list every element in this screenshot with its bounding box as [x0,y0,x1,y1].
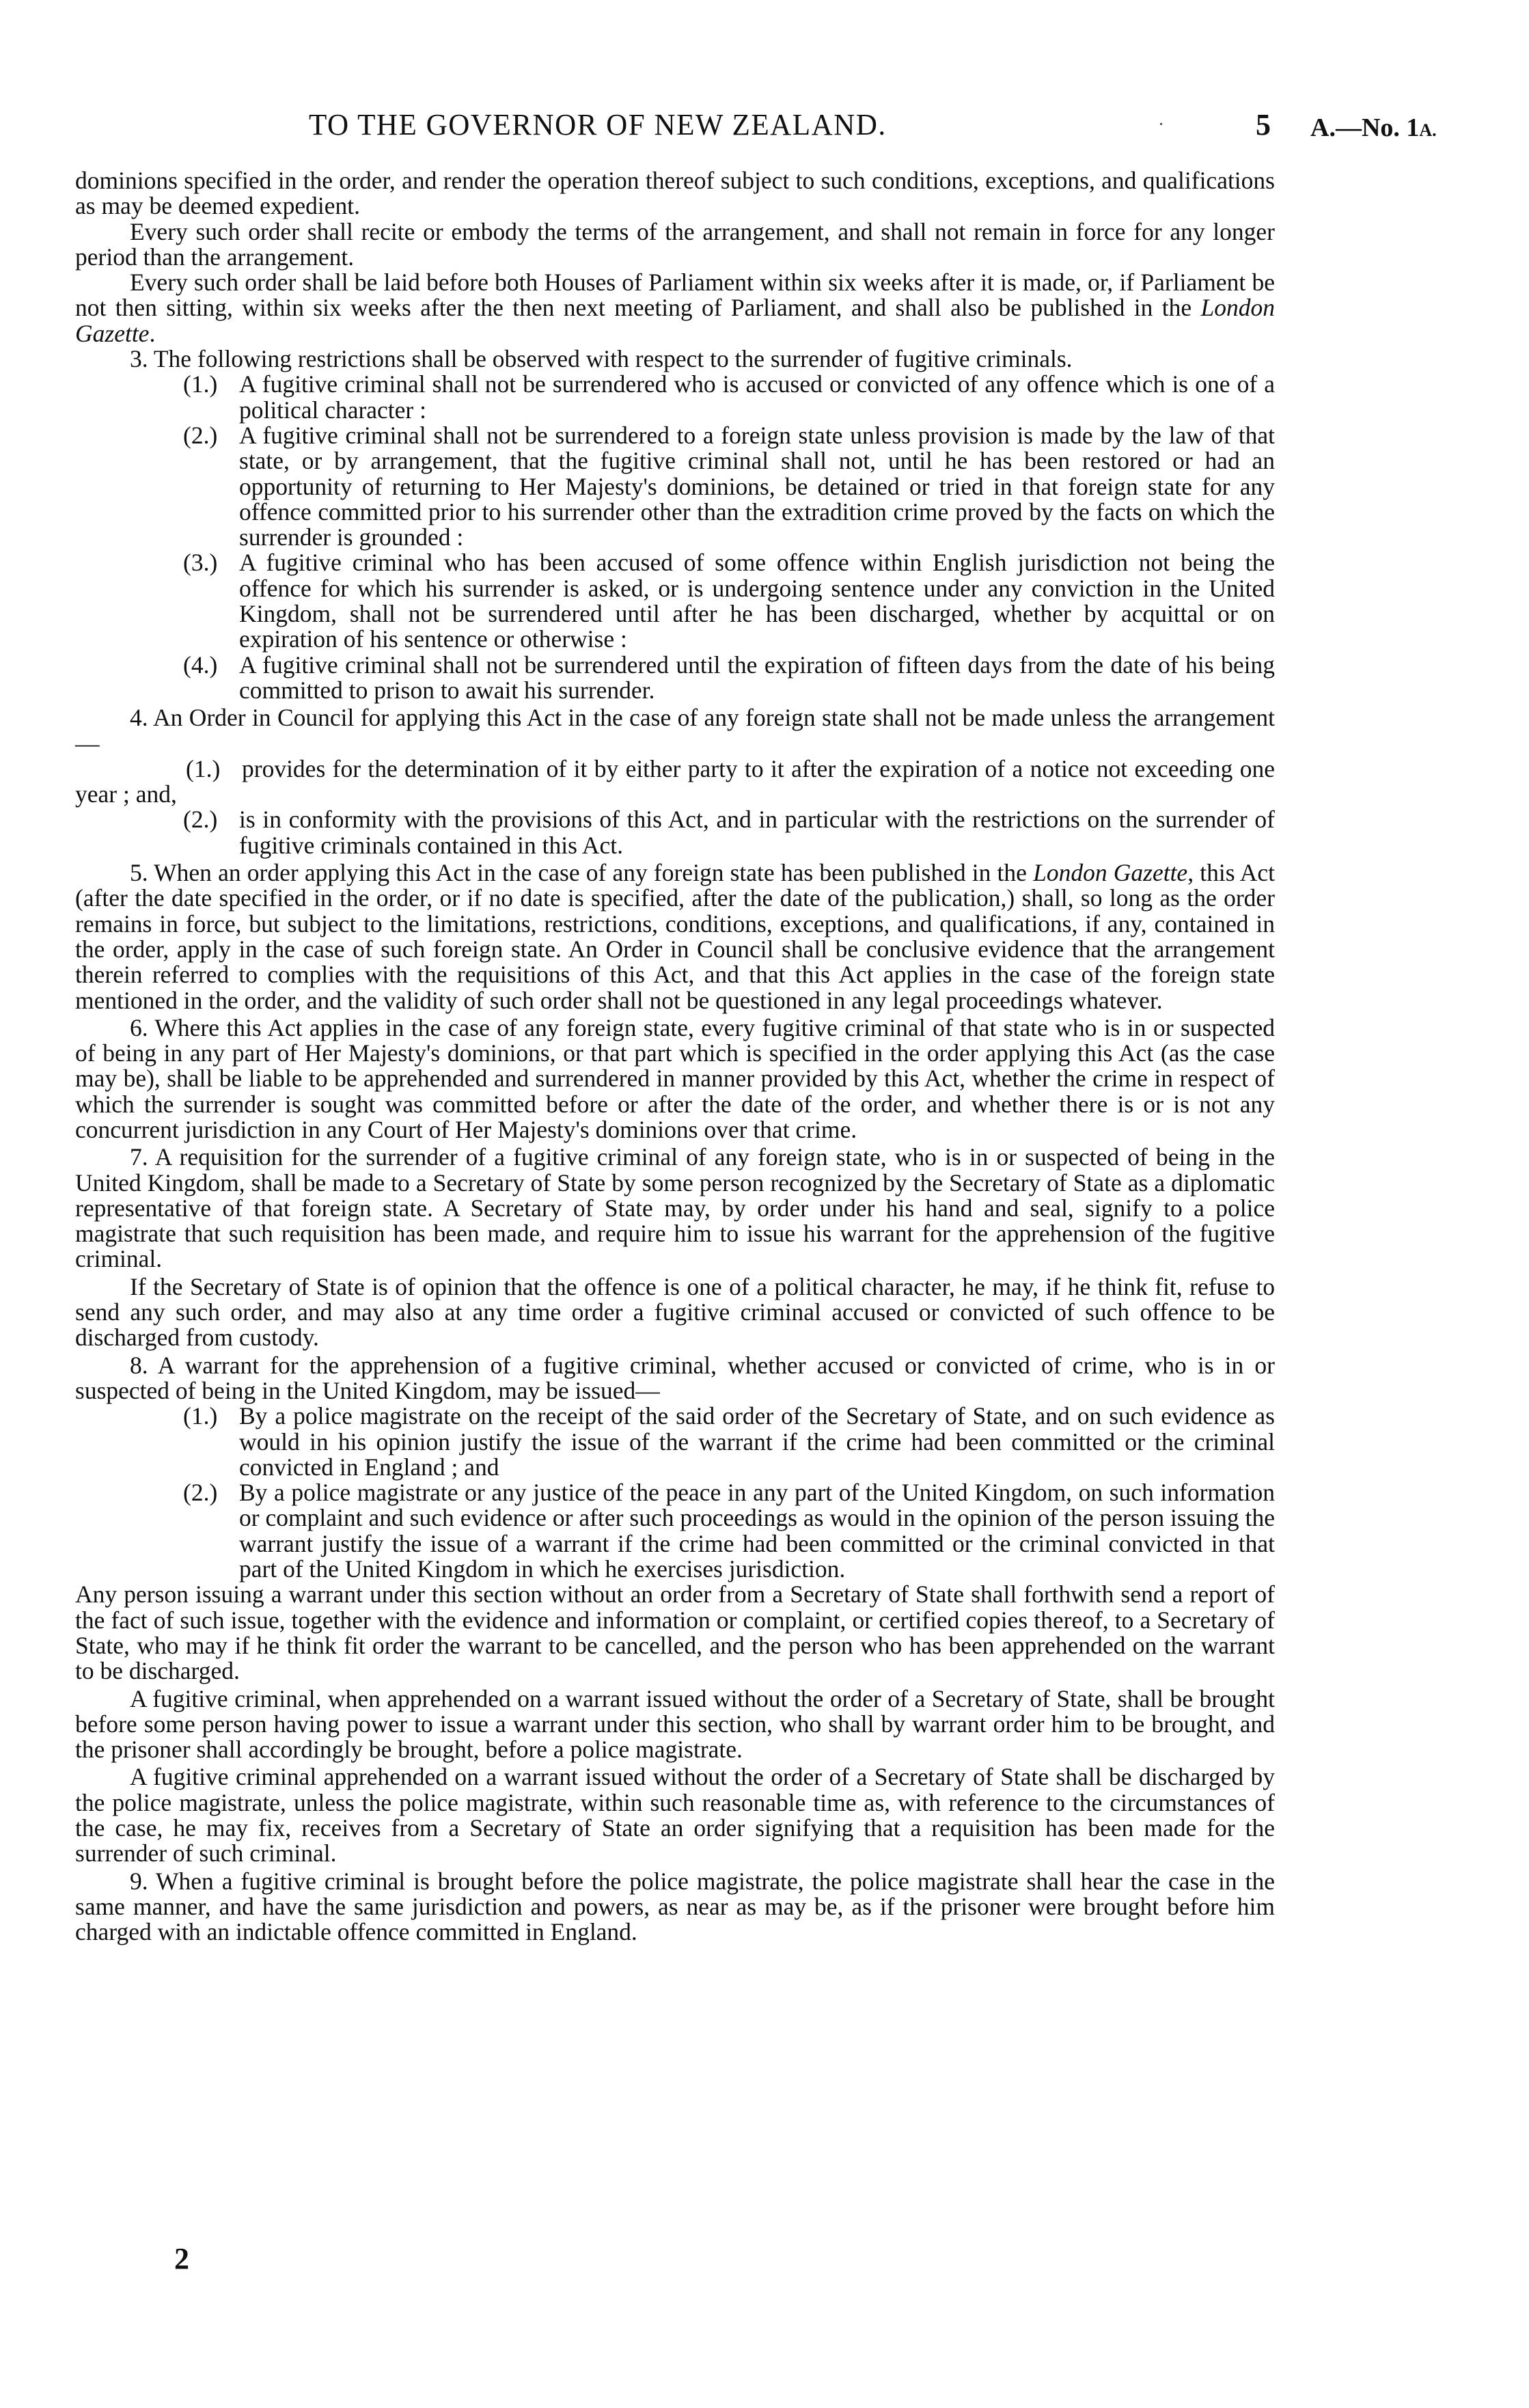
item-text: A fugitive criminal shall not be surrend… [239,422,1275,551]
section-number: 5. [130,859,148,886]
paragraph-laid-before-parliament: Every such order shall be laid before bo… [75,270,1275,346]
section-9: 9. When a fugitive criminal is brought b… [75,1869,1275,1945]
doc-ref-suffix: A. [1419,120,1436,140]
section-3: 3. The following restrictions shall be o… [75,346,1275,372]
page-header: TO THE GOVERNOR OF NEW ZEALAND. 5 A.—No.… [0,108,1529,142]
section-text: An Order in Council for applying this Ac… [75,704,1275,756]
section-4-item-2: (2.)is in conformity with the provisions… [75,807,1275,858]
section-8-any-person: Any person issuing a warrant under this … [75,1582,1275,1684]
item-label: (4.) [183,653,239,678]
section-number: 3. [130,345,148,372]
section-3-item-3: (3.)A fugitive criminal who has been acc… [75,550,1275,652]
print-speck [1160,123,1162,125]
paragraph-continued: dominions specified in the order, and re… [75,168,1275,219]
section-6: 6. Where this Act applies in the case of… [75,1015,1275,1143]
section-4-item-1: (1.)provides for the determination of it… [75,756,1275,808]
section-text: A warrant for the apprehension of a fugi… [75,1352,1275,1404]
section-number: 9. [130,1867,148,1895]
section-number: 8. [130,1352,148,1379]
text: Every such order shall be laid before bo… [75,269,1275,321]
item-text: A fugitive criminal who has been accused… [239,549,1275,653]
item-label: (2.) [183,1480,239,1505]
section-4: 4. An Order in Council for applying this… [75,705,1275,756]
section-text: Where this Act applies in the case of an… [75,1014,1275,1143]
section-3-item-4: (4.)A fugitive criminal shall not be sur… [75,653,1275,704]
text: . [149,320,155,347]
item-text: is in conformity with the provisions of … [239,806,1275,858]
item-text: A fugitive criminal shall not be surrend… [239,651,1275,704]
item-text: By a police magistrate or any justice of… [239,1479,1275,1583]
doc-ref-prefix: A.—No. 1 [1310,113,1419,142]
section-8: 8. A warrant for the apprehension of a f… [75,1353,1275,1404]
section-text: The following restrictions shall be obse… [154,345,1073,372]
section-text: A requisition for the surrender of a fug… [75,1143,1275,1272]
section-3-item-1: (1.)A fugitive criminal shall not be sur… [75,372,1275,423]
item-text: By a police magistrate on the receipt of… [239,1402,1275,1481]
section-7-paragraph-2: If the Secretary of State is of opinion … [75,1274,1275,1351]
section-8-discharged: A fugitive criminal apprehended on a war… [75,1764,1275,1866]
section-text: When an order applying this Act in the c… [154,859,1033,886]
item-label: (1.) [183,372,239,397]
section-7: 7. A requisition for the surrender of a … [75,1145,1275,1272]
item-label: (2.) [183,807,239,832]
section-8-apprehended: A fugitive criminal, when apprehended on… [75,1686,1275,1763]
item-label: (1.) [183,1404,239,1429]
document-reference: A.—No. 1A. [1310,111,1437,148]
section-number: 4. [130,704,148,731]
running-title: TO THE GOVERNOR OF NEW ZEALAND. [309,108,887,142]
section-5: 5. When an order applying this Act in th… [75,860,1275,1013]
item-label: (1.) [186,756,242,782]
page-number: 5 [1256,108,1271,142]
item-text: provides for the determination of it by … [75,755,1275,808]
document-body: dominions specified in the order, and re… [75,168,1275,1945]
item-label: (3.) [183,550,239,575]
section-number: 6. [130,1014,148,1041]
section-number: 7. [130,1143,148,1171]
item-text: A fugitive criminal shall not be surrend… [239,370,1275,423]
section-8-item-1: (1.)By a police magistrate on the receip… [75,1404,1275,1480]
item-label: (2.) [183,423,239,448]
paragraph-recite: Every such order shall recite or embody … [75,219,1275,271]
section-text: When a fugitive criminal is brought befo… [75,1867,1275,1946]
gazette-title: London Gazette [1033,859,1187,886]
section-3-item-2: (2.)A fugitive criminal shall not be sur… [75,423,1275,550]
section-8-item-2: (2.)By a police magistrate or any justic… [75,1480,1275,1582]
printer-signature-mark: 2 [174,2243,189,2275]
